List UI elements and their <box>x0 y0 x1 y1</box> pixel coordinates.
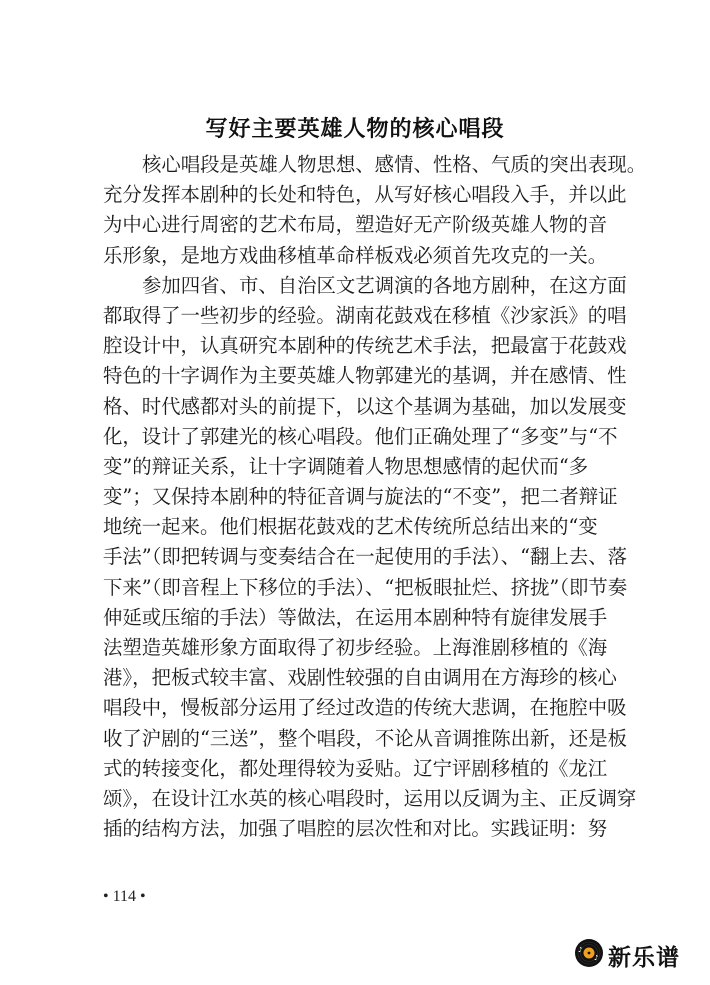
text-line: 伸延或压缩的手法）等做法，在运用本剧种特有旋律发展手 <box>103 603 588 633</box>
text-line: 手法”（即把转调与变奏结合在一起使用的手法）、“翻上去、落 <box>103 542 588 572</box>
text-line: 化，设计了郭建光的核心唱段。他们正确处理了“多变”与“不 <box>103 422 588 452</box>
text-line: 都取得了一些初步的经验。湖南花鼓戏在移植《沙家浜》的唱 <box>103 301 588 331</box>
vinyl-record-icon: ♪ ♪ <box>574 938 604 972</box>
text-line: 颂》，在设计江水英的核心唱段时，运用以反调为主、正反调穿 <box>103 784 588 814</box>
text-line: 唱段中，慢板部分运用了经过改造的传统大悲调，在拖腔中吸 <box>103 693 588 723</box>
svg-text:♪: ♪ <box>594 954 598 962</box>
text-line: 变”的辩证关系，让十字调随着人物思想感情的起伏而“多 <box>103 452 588 482</box>
document-page: 写好主要英雄人物的核心唱段 核心唱段是英雄人物思想、感情、性格、气质的突出表现。… <box>0 0 710 985</box>
page-number: • 114 • <box>103 888 146 906</box>
text-line: 为中心进行周密的艺术布局，塑造好无产阶级英雄人物的音 <box>103 210 588 240</box>
text-line: 收了沪剧的“三送”，整个唱段，不论从音调推陈出新，还是板 <box>103 724 588 754</box>
watermark-logo: ♪ ♪ 新乐谱 <box>574 938 680 972</box>
body-text: 核心唱段是英雄人物思想、感情、性格、气质的突出表现。 充分发挥本剧种的长处和特色… <box>103 150 588 844</box>
text-line: 式的转接变化，都处理得较为妥贴。辽宁评剧移植的《龙江 <box>103 754 588 784</box>
text-line: 核心唱段是英雄人物思想、感情、性格、气质的突出表现。 <box>103 150 588 180</box>
text-line: 下来”（即音程上下移位的手法）、“把板眼扯烂、挤拢”（即节奏 <box>103 573 588 603</box>
text-line: 腔设计中，认真研究本剧种的传统艺术手法，把最富于花鼓戏 <box>103 331 588 361</box>
text-line: 地统一起来。他们根据花鼓戏的艺术传统所总结出来的“变 <box>103 512 588 542</box>
text-line: 特色的十字调作为主要英雄人物郭建光的基调，并在感情、性 <box>103 361 588 391</box>
svg-text:♪: ♪ <box>578 946 582 954</box>
text-line: 插的结构方法，加强了唱腔的层次性和对比。实践证明：努 <box>103 814 588 844</box>
text-line: 变”；又保持本剧种的特征音调与旋法的“不变”，把二者辩证 <box>103 482 588 512</box>
text-line: 充分发挥本剧种的长处和特色，从写好核心唱段入手，并以此 <box>103 180 588 210</box>
page-title: 写好主要英雄人物的核心唱段 <box>0 112 710 143</box>
text-line: 格、时代感都对头的前提下，以这个基调为基础，加以发展变 <box>103 392 588 422</box>
text-line: 参加四省、市、自治区文艺调演的各地方剧种，在这方面 <box>103 271 588 301</box>
text-line: 乐形象，是地方戏曲移植革命样板戏必须首先攻克的一关。 <box>103 241 588 271</box>
text-line: 法塑造英雄形象方面取得了初步经验。上海淮剧移植的《海 <box>103 633 588 663</box>
text-line: 港》，把板式较丰富、戏剧性较强的自由调用在方海珍的核心 <box>103 663 588 693</box>
watermark-text: 新乐谱 <box>608 939 680 972</box>
